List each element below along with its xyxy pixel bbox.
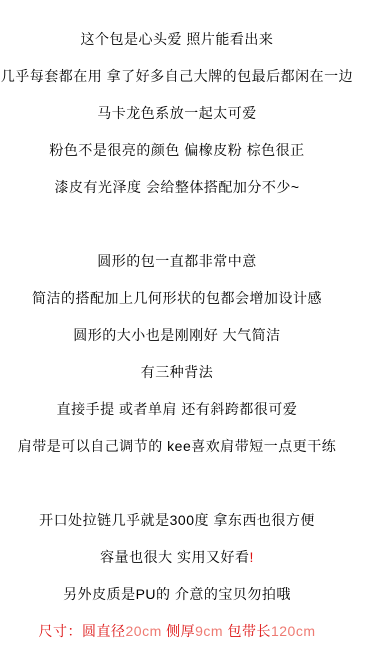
highlight-segment: 120cm [271, 623, 316, 639]
text-segment: 粉色不是很亮的颜色 偏橡皮粉 棕色很正 [49, 142, 304, 158]
text-document: 这个包是心头爱 照片能看出来几乎每套都在用 拿了好多自己大牌的包最后都闲在一边马… [0, 0, 377, 651]
text-line: 有三种背法 [0, 354, 354, 391]
text-segment: 这个包是心头爱 照片能看出来 [81, 31, 274, 47]
text-segment: 容量也很大 实用又好看 [100, 549, 249, 565]
text-line: 简洁的搭配加上几何形状的包都会增加设计感 [0, 280, 354, 317]
text-segment: 直接手提 或者单肩 还有斜跨都很可爱 [57, 401, 298, 417]
text-line: 粉色不是很亮的颜色 偏橡皮粉 棕色很正 [0, 132, 354, 169]
text-segment: 几乎每套都在用 拿了好多自己大牌的包最后都闲在一边 [1, 68, 353, 84]
highlight-segment: 包带长 [223, 623, 271, 639]
text-line: 圆形的大小也是刚刚好 大气简洁 [0, 317, 354, 354]
text-line: 圆形的包一直都非常中意 [0, 243, 354, 280]
text-line: 肩带是可以自己调节的 kee喜欢肩带短一点更干练 [0, 428, 354, 465]
text-segment: 有三种背法 [141, 364, 214, 380]
text-line: 另外皮质是PU的 介意的宝贝勿拍哦 [0, 576, 354, 613]
text-line: 这个包是心头爱 照片能看出来 [0, 21, 354, 58]
text-line: 开口处拉链几乎就是300度 拿东西也很方便 [0, 502, 354, 539]
text-segment: 圆形的包一直都非常中意 [97, 253, 257, 269]
text-segment: 开口处拉链几乎就是300度 拿东西也很方便 [39, 512, 315, 528]
text-segment: 马卡龙色系放一起太可爱 [97, 105, 257, 121]
text-segment: 圆形的大小也是刚刚好 大气简洁 [73, 327, 280, 343]
text-line: 漆皮有光泽度 会给整体搭配加分不少~ [0, 169, 354, 206]
highlight-segment: ! [250, 549, 254, 565]
text-line: 直接手提 或者单肩 还有斜跨都很可爱 [0, 391, 354, 428]
highlight-segment: 侧厚 [162, 623, 195, 639]
text-segment: 肩带是可以自己调节的 kee喜欢肩带短一点更干练 [18, 438, 336, 454]
text-line: 容量也很大 实用又好看! [0, 539, 354, 576]
text-segment: 漆皮有光泽度 会给整体搭配加分不少~ [54, 179, 299, 195]
text-line: 尺寸：圆直径20cm 侧厚9cm 包带长120cm [0, 613, 354, 650]
text-line: 马卡龙色系放一起太可爱 [0, 95, 354, 132]
text-segment: 另外皮质是PU的 介意的宝贝勿拍哦 [63, 586, 291, 602]
text-segment: 简洁的搭配加上几何形状的包都会增加设计感 [32, 290, 322, 306]
highlight-segment: 20cm [126, 623, 162, 639]
blank-line [0, 465, 354, 502]
text-line: 几乎每套都在用 拿了好多自己大牌的包最后都闲在一边 [0, 58, 354, 95]
highlight-segment: 9cm [195, 623, 223, 639]
highlight-segment: 尺寸：圆直径 [39, 623, 126, 639]
blank-line [0, 206, 354, 243]
